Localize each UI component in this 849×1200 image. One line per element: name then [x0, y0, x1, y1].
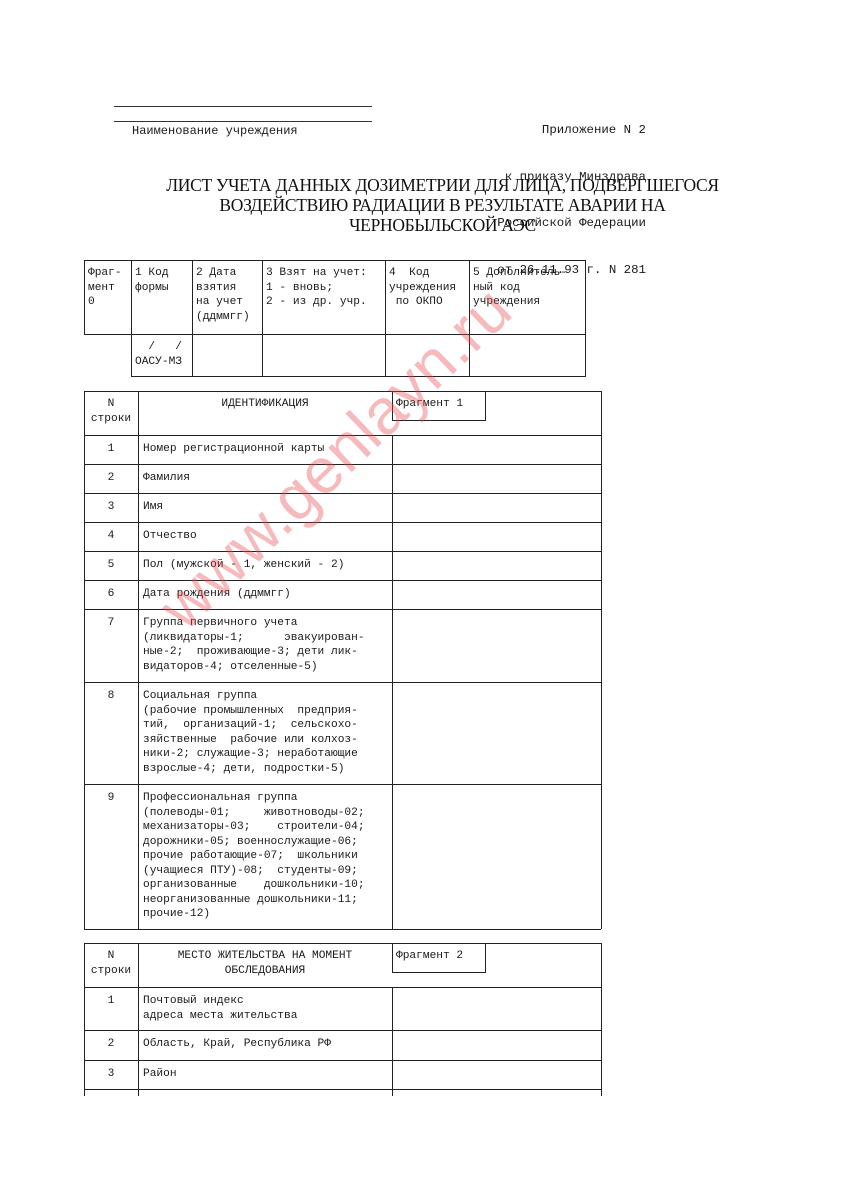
divider [601, 943, 602, 1096]
table-row: 2 Область, Край, Республика РФ [84, 1030, 601, 1060]
extra-code-field[interactable] [470, 335, 584, 375]
divider [84, 391, 601, 392]
row-label: Социальная группа (рабочие промышленных … [143, 689, 358, 776]
row-value-field[interactable] [394, 1032, 599, 1058]
divider [131, 260, 132, 377]
row-value-field[interactable] [394, 437, 599, 462]
fragment-1-label: Фрагмент 1 [396, 397, 463, 412]
divider [585, 334, 586, 377]
registered-as-field[interactable] [263, 335, 384, 375]
row-label: Номер регистрационной карты [143, 442, 324, 457]
row-label: Почтовый индекс адреса места жительства [143, 994, 297, 1023]
row-label: Имя [143, 500, 163, 515]
row-value-field[interactable] [394, 786, 599, 927]
registration-date-field[interactable] [193, 335, 261, 375]
institution-name-label: Наименование учреждения [132, 124, 298, 139]
row-value-field[interactable] [394, 989, 599, 1028]
divider [601, 391, 602, 929]
row-number: 7 [84, 616, 138, 631]
fragment-0-col-registration-date: 2 Дата взятия на учет (ддммгг) [196, 266, 250, 324]
title-line: ЛИСТ УЧЕТА ДАННЫХ ДОЗИМЕТРИИ ДЛЯ ЛИЦА, П… [150, 175, 735, 195]
table-row: 1 Почтовый индекс адреса места жительств… [84, 987, 601, 1030]
row-number: 1 [84, 994, 138, 1009]
row-label: Область, Край, Республика РФ [143, 1037, 331, 1052]
table-row: 4 Отчество [84, 522, 601, 551]
row-number: 5 [84, 558, 138, 573]
table-row: 2 Фамилия [84, 464, 601, 493]
divider [84, 929, 601, 930]
row-value-field[interactable] [394, 684, 599, 782]
row-label: Фамилия [143, 471, 190, 486]
fragment-0-col-registered-as: 3 Взят на учет: 1 - вновь; 2 - из др. уч… [266, 266, 367, 310]
fragment-2-n-header: N строки [84, 949, 138, 978]
table-row: 7 Группа первичного учета (ликвидаторы-1… [84, 609, 601, 682]
row-label: Группа первичного учета (ликвидаторы-1; … [143, 616, 365, 674]
row-number: 1 [84, 442, 138, 457]
row-value-field[interactable] [394, 553, 599, 578]
row-number: 9 [84, 791, 138, 806]
table-row: 5 Пол (мужской - 1, женский - 2) [84, 551, 601, 580]
fragment-0-col-extra-code: 5 Дополнитель- ный код учреждения [473, 266, 567, 310]
row-number: 2 [84, 471, 138, 486]
table-row: 6 Дата рождения (ддммгг) [84, 580, 601, 609]
row-number: 3 [84, 500, 138, 515]
row-number: 8 [84, 689, 138, 704]
table-row: 1 Номер регистрационной карты [84, 435, 601, 464]
row-value-field[interactable] [394, 611, 599, 680]
row-label: Отчество [143, 529, 197, 544]
table-row: 3 Имя [84, 493, 601, 522]
row-value-field[interactable] [394, 1062, 599, 1087]
fragment-1-section-title: ИДЕНТИФИКАЦИЯ [138, 397, 392, 412]
row-value-field[interactable] [394, 582, 599, 607]
row-value-field[interactable] [394, 524, 599, 549]
fragment-0-col-form-code: 1 Код формы [135, 266, 169, 295]
fragment-1-n-header: N строки [84, 397, 138, 426]
institution-name-line-1[interactable] [114, 106, 372, 107]
fragment-2-section-title: МЕСТО ЖИТЕЛЬСТВА НА МОМЕНТ ОБСЛЕДОВАНИЯ [138, 949, 392, 978]
form-code-value: / / ОАСУ-МЗ [135, 340, 182, 369]
row-number: 6 [84, 587, 138, 602]
fragment-0-col-okpo-code: 4 Код учреждения по ОКПО [389, 266, 456, 310]
row-value-field[interactable] [394, 466, 599, 491]
row-label: Район [143, 1067, 177, 1082]
title-line: ВОЗДЕЙСТВИЮ РАДИАЦИИ В РЕЗУЛЬТАТЕ АВАРИИ… [150, 195, 735, 215]
row-label: Пол (мужской - 1, женский - 2) [143, 558, 344, 573]
row-label: Профессиональная группа (полеводы-01; жи… [143, 791, 365, 922]
fragment-0-col-fragment: Фраг- мент 0 [88, 266, 122, 310]
row-label: Дата рождения (ддммгг) [143, 587, 291, 602]
document-title: ЛИСТ УЧЕТА ДАННЫХ ДОЗИМЕТРИИ ДЛЯ ЛИЦА, П… [150, 175, 735, 235]
appendix-line: Приложение N 2 [497, 123, 646, 139]
row-number: 3 [84, 1067, 138, 1082]
row-value-field[interactable] [394, 495, 599, 520]
table-row: 8 Социальная группа (рабочие промышленны… [84, 682, 601, 784]
fragment-2-label: Фрагмент 2 [396, 949, 463, 964]
divider [84, 943, 601, 944]
table-row: 3 Район [84, 1060, 601, 1089]
divider [131, 376, 586, 377]
table-row-partial [84, 1089, 601, 1096]
row-number: 2 [84, 1037, 138, 1052]
row-number: 4 [84, 529, 138, 544]
okpo-code-field[interactable] [386, 335, 468, 375]
institution-name-line-2[interactable] [114, 121, 372, 122]
title-line: ЧЕРНОБЫЛЬСКОЙ АЭС [150, 215, 735, 235]
table-row: 9 Профессиональная группа (полеводы-01; … [84, 784, 601, 929]
